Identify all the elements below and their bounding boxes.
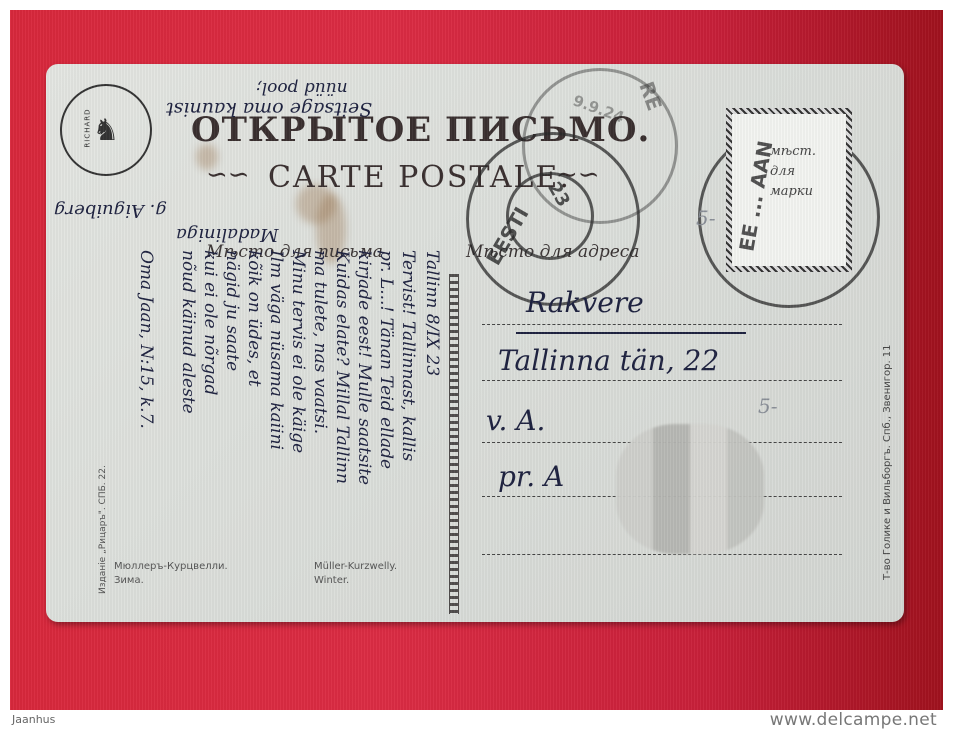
letter-line: kõik on üdes, et xyxy=(244,250,264,387)
flourish-icon: ∽∽ xyxy=(206,160,250,190)
pencil-mark: 5- xyxy=(758,394,777,418)
address-line4: pr. A xyxy=(498,460,564,493)
watermark-right: www.delcampe.net xyxy=(770,710,937,730)
letter-date: Tallinn 8/IX 23 xyxy=(422,250,442,376)
knight-icon: ♞ xyxy=(93,113,120,148)
artist-credit-ru-name: Мюллеръ-Курцвелли. xyxy=(114,560,228,574)
letter-line: Minu tervis ei ole käige xyxy=(288,250,308,453)
letter-line: Kuidas elate? Millal Tallinn xyxy=(332,250,352,484)
letter-line: pr. L...! Tänan Teid ellade xyxy=(376,250,396,469)
handwriting-upside-left-2: g. Aiguiberg xyxy=(54,200,167,221)
artist-credit-ru: Мюллеръ-Курцвелли. Зима. xyxy=(114,560,228,588)
letter-line: kirjade eest! Mulle saatsite xyxy=(354,250,374,485)
letter-line: nõud käinud aleste xyxy=(178,250,198,414)
watermark-left: Jaanhus xyxy=(12,713,55,726)
letter-line: nägid ju saate xyxy=(222,250,242,371)
redacted-name xyxy=(616,424,764,554)
address-line-1 xyxy=(482,324,842,325)
stamp-box-text: мѣст. для марки xyxy=(770,142,816,202)
pencil-mark: 5- xyxy=(696,206,715,230)
printer-credit: Т-во Голике и Вильборгъ. Спб., Звенигор.… xyxy=(882,344,893,580)
artist-credit-ru-title: Зима. xyxy=(114,574,228,588)
address-line-5 xyxy=(482,554,842,555)
address-city: Rakvere xyxy=(526,286,644,319)
stamp-text-line: марки xyxy=(770,182,816,202)
seal-label: RICHARD xyxy=(84,108,92,147)
publisher-credit: Изданіе „Рицаръ". СПБ. 22. xyxy=(98,465,108,594)
stamp-text-line: для xyxy=(770,162,816,182)
address-line3: v. A. xyxy=(486,404,545,437)
artist-credit-en: Müller-Kurzwelly. Winter. xyxy=(314,560,397,588)
postcard: ♞ RICHARD ОТКРЫТОЕ ПИСЬМО. ∽∽ CARTE POST… xyxy=(46,64,904,622)
address-line-2 xyxy=(482,380,842,381)
artist-credit-en-name: Müller-Kurzwelly. xyxy=(314,560,397,574)
letter-line: kui ei ole nõrgad xyxy=(200,250,220,395)
letter-line: Ilm väga nüsama kaiini xyxy=(266,250,286,450)
publisher-seal: ♞ RICHARD xyxy=(60,84,152,176)
city-underline xyxy=(516,332,746,334)
handwriting-upside-top-1: nüüd pool; xyxy=(256,78,348,98)
address-street: Tallinna tän, 22 xyxy=(498,344,719,377)
letter-line: Tervist! Tallinnast, kallis xyxy=(398,250,418,461)
center-divider xyxy=(449,274,459,614)
artist-credit-en-title: Winter. xyxy=(314,574,397,588)
photo-background: ♞ RICHARD ОТКРЫТОЕ ПИСЬМО. ∽∽ CARTE POST… xyxy=(10,10,943,710)
letter-line: ma tulete, nas vaatsi. xyxy=(310,250,330,434)
letter-signature: Oma Jaan, N:15, k.7. xyxy=(136,250,156,429)
handwriting-upside-top-2: Seitsage oma kaunist xyxy=(166,98,372,120)
